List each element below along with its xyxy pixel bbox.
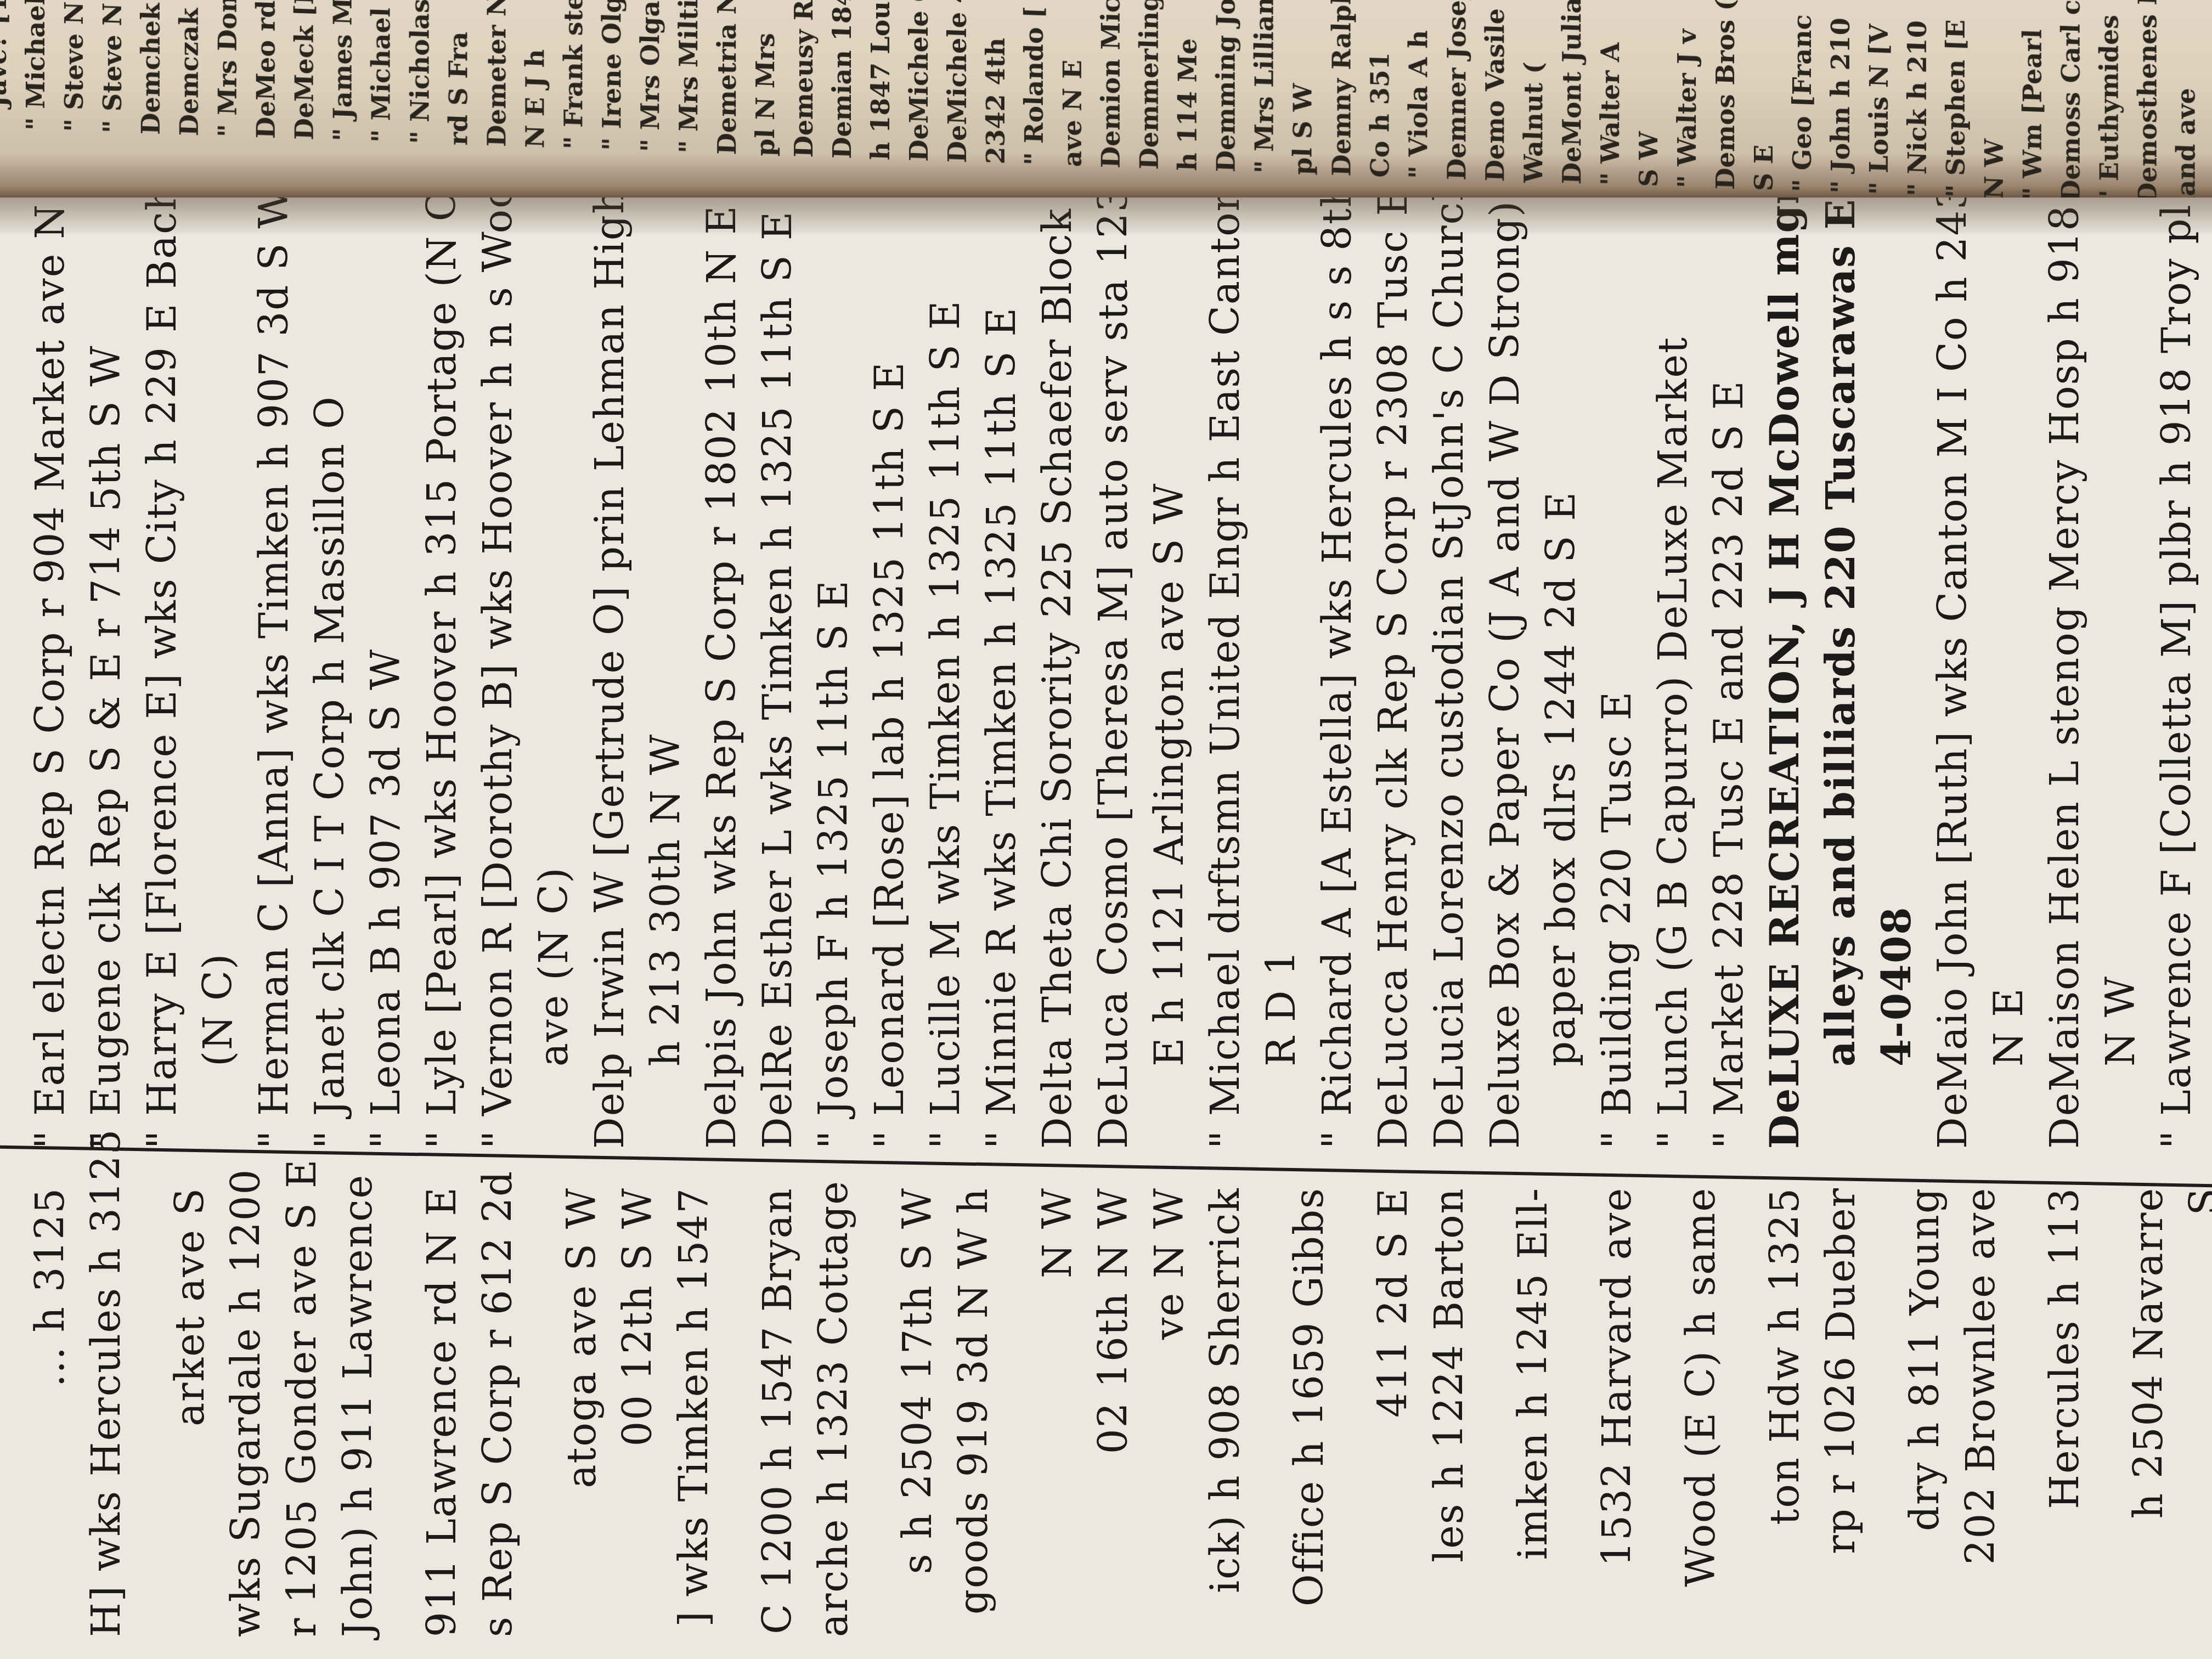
partial-entry-line bbox=[1869, 1187, 1897, 1637]
directory-entry: DeMaio John [Ruth] wks Canton M I Co h 2… bbox=[1925, 260, 1980, 1149]
partial-entry-line: 02 16th N W bbox=[1085, 1187, 1141, 1637]
facing-page-line: " Wm [Pearl bbox=[2013, 0, 2052, 198]
facing-page-line: " James M bbox=[324, 0, 362, 142]
partial-entry-line: goods 919 3d N W h bbox=[945, 1187, 1001, 1637]
partial-entry-line bbox=[1337, 1187, 1365, 1637]
partial-entry-line: s Rep S Corp r 612 2d bbox=[470, 1187, 526, 1637]
facing-page-line: Demos Bros ( bbox=[1706, 0, 1745, 190]
directory-entry: (N C) bbox=[190, 260, 246, 1149]
directory-entry: paper box dlrs 1244 2d S E bbox=[1533, 260, 1589, 1149]
partial-entry-line: imken h 1245 Ell- bbox=[1505, 1187, 1561, 1637]
facing-page-column: " Jave? [Te" Michael [T" Steve N Mic" St… bbox=[0, 0, 2212, 198]
partial-entry-line bbox=[1645, 1187, 1673, 1637]
directory-entry: " Leonard [Rose] lab h 1325 11th S E bbox=[861, 260, 917, 1149]
partial-entry-line: 911 Lawrence rd N E bbox=[414, 1187, 470, 1637]
directory-entry: Deluxe Box & Paper Co (J A and W D Stron… bbox=[1477, 260, 1533, 1149]
facing-page-line: Demeusy Rev T bbox=[785, 0, 823, 158]
partial-entry-line: r 1205 Gonder ave S E bbox=[274, 1187, 330, 1637]
facing-page-line: h 114 Me bbox=[1169, 0, 1207, 172]
facing-page-line: DeMichele Ch bbox=[900, 0, 938, 162]
main-directory-column: " Earl electn Rep S Corp r 904 Market av… bbox=[22, 260, 2212, 1149]
partial-entry-line bbox=[721, 1187, 749, 1637]
directory-entry: N E bbox=[1980, 260, 2036, 1149]
directory-entry: " Lucille M wks Timken h 1325 11th S E bbox=[917, 260, 973, 1149]
facing-page-line: land ave bbox=[2167, 0, 2205, 198]
facing-page-line: pl N Mrs bbox=[746, 0, 785, 157]
directory-entry: " Lawrence F [Colletta M] plbr h 918 Tro… bbox=[2148, 260, 2204, 1149]
directory-entry: DeLucia Lorenzo custodian StJohn's C Chu… bbox=[1421, 260, 1477, 1149]
facing-page-line: Demo Vasile bbox=[1476, 0, 1514, 182]
partial-entry-line bbox=[1253, 1187, 1281, 1637]
facing-page-line: Demny Ralph bbox=[1322, 0, 1361, 177]
facing-page-line: Demczak Nellie bbox=[170, 0, 208, 137]
partial-entry-line bbox=[1001, 1187, 1029, 1637]
directory-entry: " Joseph F h 1325 11th S E bbox=[805, 260, 861, 1149]
directory-entry: Delp Irwin W [Gertrude O] prin Lehman Hi… bbox=[582, 260, 637, 1149]
partial-entry-line: rp r 1026 Dueber bbox=[1813, 1187, 1869, 1637]
facing-page-line: Demetria N E bbox=[708, 0, 746, 155]
facing-page-strip: " Jave? [Te" Michael [T" Steve N Mic" St… bbox=[0, 0, 2212, 198]
facing-page-line: " Walter J v bbox=[1668, 0, 1706, 189]
left-column-partial: ... h 3125H] wks Hercules h 3125arket av… bbox=[22, 1187, 2212, 1637]
facing-page-line: " Viola A h bbox=[1399, 0, 1437, 179]
partial-entry-line: N W bbox=[1029, 1187, 1085, 1637]
partial-entry-line bbox=[2092, 1187, 2120, 1637]
facing-page-line: " Steve N E bbox=[93, 0, 132, 134]
facing-page-line: DeMont Julia bbox=[1553, 0, 1591, 185]
facing-page-line: N W bbox=[1975, 0, 2013, 198]
partial-entry-line: Office h 1659 Gibbs bbox=[1281, 1187, 1337, 1637]
facing-page-line: " Nick h 210 bbox=[1898, 0, 1937, 197]
facing-page-line: " John h 210 bbox=[1821, 0, 1860, 194]
facing-page-line: DeMichele 4th bbox=[938, 0, 977, 163]
facing-page-line: " Mrs Domi bbox=[208, 0, 247, 138]
directory-entry: DeMaison Helen L stenog Mercy Hosp h 918… bbox=[2036, 260, 2092, 1149]
facing-page-line: Demchek E Jos bbox=[132, 0, 170, 136]
partial-entry-line bbox=[2008, 1187, 2036, 1637]
directory-entry: DelRe Esther L wks Timken h 1325 11th S … bbox=[749, 260, 805, 1149]
directory-entry: " Lyle [Pearl] wks Hoover h 315 Portage … bbox=[414, 260, 470, 1149]
directory-entry: E h 1121 Arlington ave S W bbox=[1141, 260, 1197, 1149]
partial-entry-line: dry h 811 Young bbox=[1897, 1187, 1953, 1637]
facing-page-line: " Mrs Lillian bbox=[1245, 0, 1284, 174]
directory-entry: " Leona B h 907 3d S W bbox=[358, 260, 414, 1149]
partial-entry-line bbox=[386, 1187, 414, 1637]
partial-entry-line: arche h 1323 Cottage bbox=[805, 1187, 861, 1637]
partial-entry-line: 411 2d S E bbox=[1365, 1187, 1421, 1637]
directory-entry: " Richard A [A Estella] wks Hercules h s… bbox=[1309, 260, 1365, 1149]
facing-page-line: Demmerling bbox=[1130, 0, 1169, 170]
partial-entry-line bbox=[1729, 1187, 1757, 1637]
partial-entry-line: ... h 3125 bbox=[22, 1187, 78, 1637]
facing-page-line: Demeter N E bbox=[477, 0, 516, 148]
facing-page-line: " Louis N [V bbox=[1860, 0, 1898, 196]
facing-page-line: " Walter A bbox=[1591, 0, 1629, 187]
partial-entry-line: s h 2504 17th S W bbox=[889, 1187, 945, 1637]
partial-entry-line: atoga ave S W bbox=[554, 1187, 610, 1637]
photographed-directory-page: ... h 3125H] wks Hercules h 3125arket av… bbox=[0, 0, 2212, 1659]
facing-page-line: " Geo [Franc bbox=[1783, 0, 1821, 193]
directory-entry: Delta Theta Chi Sorority 225 Schaefer Bl… bbox=[1029, 260, 1085, 1149]
partial-entry-line: ick) h 908 Sherrick bbox=[1197, 1187, 1253, 1637]
partial-entry-line: wks Sugardale h 1200 bbox=[218, 1187, 274, 1637]
directory-entry: " Earl electn Rep S Corp r 904 Market av… bbox=[22, 260, 78, 1149]
facing-page-line: Co h 351 bbox=[1361, 0, 1399, 178]
directory-entry: " Eugene clk Rep S & E r 714 5th S W bbox=[78, 260, 134, 1149]
directory-entry: " Lunch (G B Capurro) DeLuxe Market bbox=[1645, 260, 1701, 1149]
partial-entry-line: les h 1224 Barton bbox=[1421, 1187, 1477, 1637]
directory-entry: ave (N C) bbox=[526, 260, 582, 1149]
partial-entry-line: arket ave S bbox=[162, 1187, 218, 1637]
partial-entry-line: C 1200 h 1547 Bryan bbox=[749, 1187, 805, 1637]
facing-page-line: " Frank sten bbox=[554, 0, 592, 150]
directory-entry: " Herman C [Anna] wks Timken h 907 3d S … bbox=[246, 260, 302, 1149]
facing-page-line: Dempsey Doro bbox=[2205, 0, 2212, 198]
facing-page-line: " Mrs Miltiades bbox=[669, 0, 708, 154]
partial-entry-line: Hercules h 113 bbox=[2036, 1187, 2092, 1637]
facing-page-line: " Michael [T bbox=[16, 0, 55, 131]
directory-entry: h 213 30th N W bbox=[637, 260, 693, 1149]
partial-entry-line: H] wks Hercules h 3125 bbox=[78, 1187, 134, 1637]
facing-page-line: S W bbox=[1629, 0, 1668, 188]
facing-page-line: " Michael M bbox=[362, 0, 400, 143]
partial-entry-line bbox=[134, 1187, 162, 1637]
directory-entry: 4-0408 bbox=[1869, 260, 1925, 1149]
facing-page-line: " Mrs Olga bbox=[631, 0, 669, 153]
partial-entry-line: ton Hdw h 1325 bbox=[1757, 1187, 1813, 1637]
facing-page-line: " Euthymides bbox=[2090, 0, 2129, 198]
partial-entry-line: ve N W bbox=[1141, 1187, 1197, 1637]
facing-page-line: " Nicholas bbox=[400, 0, 439, 145]
directory-entry: DeLUXE RECREATION, J H McDowell mgr, bow… bbox=[1757, 260, 1813, 1149]
directory-entry: DeLuca Cosmo [Theresa M] auto serv sta 1… bbox=[1085, 260, 1141, 1149]
facing-page-line: " Jave? [Te bbox=[0, 0, 16, 130]
partial-entry-line: John) h 911 Lawrence bbox=[330, 1187, 386, 1637]
directory-page: ... h 3125H] wks Hercules h 3125arket av… bbox=[0, 233, 2212, 1659]
directory-entry: " Market 228 Tusc E and 223 2d S E bbox=[1701, 260, 1757, 1149]
facing-page-line: 2342 4th bbox=[977, 0, 1015, 165]
directory-entry: " Michael drftsmn United Engr h East Can… bbox=[1197, 260, 1253, 1149]
directory-entry: " Minnie R wks Timken h 1325 11th S E bbox=[973, 260, 1029, 1149]
partial-entry-line bbox=[861, 1187, 889, 1637]
facing-page-line: pl S W bbox=[1284, 0, 1322, 176]
facing-page-line: N E J h bbox=[516, 0, 554, 149]
directory-entry: " Vernon R [Dorothy B] wks Hoover h n s … bbox=[470, 260, 526, 1149]
partial-entry-line: 00 12th S W bbox=[610, 1187, 665, 1637]
directory-entry: DeLucca Henry clk Rep S Corp r 2308 Tusc… bbox=[1365, 260, 1421, 1149]
directory-entry: " Building 220 Tusc E bbox=[1589, 260, 1645, 1149]
facing-page-line: " Irene Olga bbox=[592, 0, 631, 151]
facing-page-line: Demion Miche bbox=[1092, 0, 1130, 169]
facing-page-line: S E bbox=[1745, 0, 1783, 191]
facing-page-line: h 1847 Lou bbox=[861, 0, 900, 161]
facing-page-line: DeMeo rd S bbox=[247, 0, 285, 139]
facing-page-line: Demoss Carl c bbox=[2052, 0, 2090, 198]
facing-page-line: Walnut ( bbox=[1514, 0, 1553, 184]
facing-page-line: ave N E bbox=[1053, 0, 1092, 167]
partial-entry-line bbox=[1477, 1187, 1505, 1637]
directory-entry: " Janet clk C I T Corp h Massillon O bbox=[302, 260, 358, 1149]
partial-entry-line: h 2504 Navarre bbox=[2120, 1187, 2176, 1637]
directory-entry: N W bbox=[2092, 260, 2148, 1149]
facing-page-line: Demosthenes I bbox=[2129, 0, 2167, 198]
book-gutter-shadow bbox=[0, 198, 2212, 236]
facing-page-line: " Steve N Mic bbox=[55, 0, 93, 133]
facing-page-line: Demian 1847 Lou bbox=[823, 0, 861, 160]
facing-page-line: Demming Joh bbox=[1207, 0, 1245, 173]
partial-entry-line bbox=[526, 1187, 554, 1637]
directory-entry: " Harry E [Florence E] wks City h 229 E … bbox=[134, 260, 190, 1149]
column-divider-rule bbox=[0, 1145, 2212, 1187]
directory-entry: " Miriam R h 918 Troy pl N W bbox=[2204, 260, 2212, 1149]
facing-page-line: Demner Josep bbox=[1437, 0, 1476, 181]
directory-entry: alleys and billiards 220 Tuscarawas E, P… bbox=[1813, 260, 1869, 1149]
partial-entry-line: Wood (E C) h same bbox=[1673, 1187, 1729, 1637]
partial-entry-line: 202 Brownlee ave bbox=[1953, 1187, 2008, 1637]
partial-entry-line: ] wks Timken h 1547 bbox=[665, 1187, 721, 1637]
directory-entry: R D 1 bbox=[1253, 260, 1309, 1149]
partial-entry-line: S bbox=[2176, 1187, 2212, 1637]
facing-page-line: DeMeck [M bbox=[285, 0, 324, 140]
facing-page-line: rd S Fra bbox=[439, 0, 477, 146]
directory-entry: Delpis John wks Rep S Corp r 1802 10th N… bbox=[693, 260, 749, 1149]
partial-entry-line: 1532 Harvard ave bbox=[1589, 1187, 1645, 1637]
facing-page-line: " Stephen [E bbox=[1937, 0, 1975, 198]
facing-page-line: " Rolando [ bbox=[1015, 0, 1053, 166]
partial-entry-line bbox=[1561, 1187, 1589, 1637]
